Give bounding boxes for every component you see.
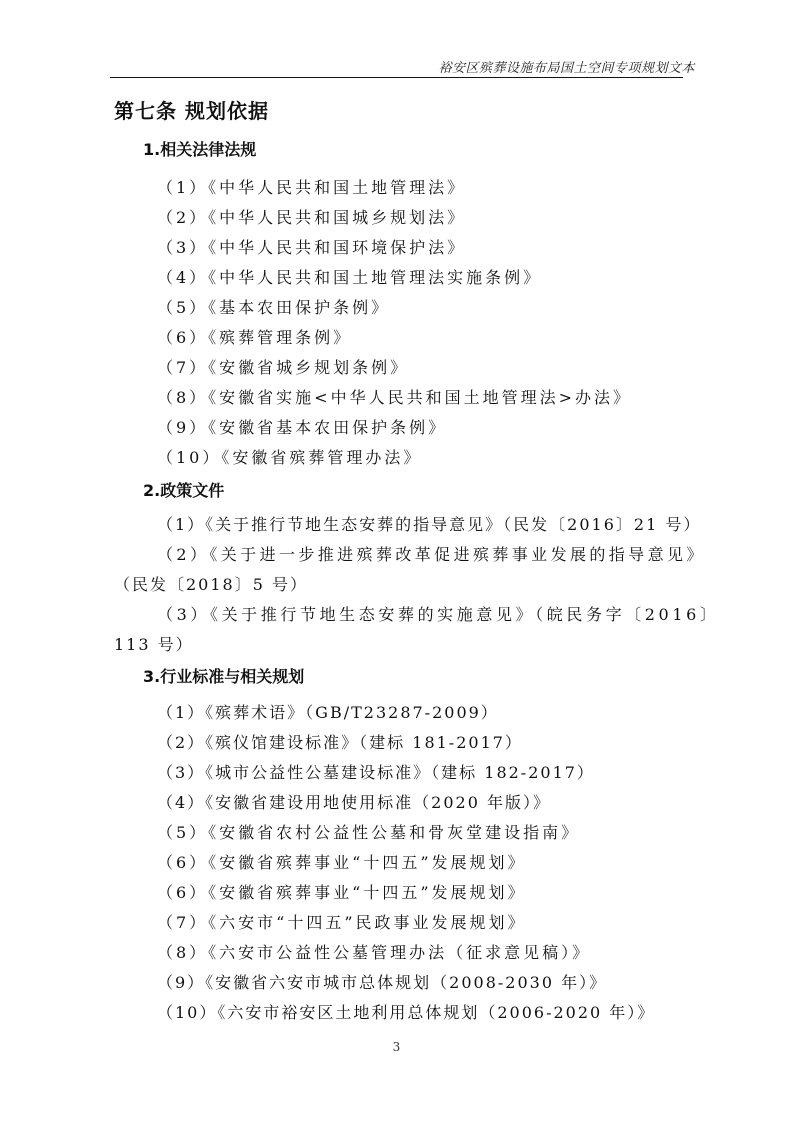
list-item: （5）《基本农田保护条例》 [157, 295, 390, 318]
list-item: （3）《中华人民共和国环境保护法》 [157, 235, 466, 258]
header-divider [110, 77, 683, 78]
list-item-continuation: （民发〔2018〕5 号） [114, 572, 308, 595]
list-item: （2）《殡仪馆建设标准》（建标 181-2017） [157, 730, 523, 753]
list-item: （5）《安徽省农村公益性公墓和骨灰堂建设指南》 [157, 820, 580, 843]
section-heading-policy: 2.政策文件 [143, 478, 224, 501]
list-item: （4）《中华人民共和国土地管理法实施条例》 [157, 265, 542, 288]
section-heading-laws: 1.相关法律法规 [143, 137, 256, 160]
list-item: （6）《殡葬管理条例》 [157, 325, 352, 348]
list-item: （9）《安徽省基本农田保护条例》 [157, 415, 447, 438]
list-item: （9）《安徽省六安市城市总体规划（2008-2030 年）》 [157, 970, 607, 993]
list-item-continuation: 113 号） [114, 632, 194, 655]
list-item: （4）《安徽省建设用地使用标准（2020 年版）》 [157, 790, 551, 813]
list-item: （1）《关于推行节地生态安葬的指导意见》（民发〔2016〕21 号） [157, 512, 701, 535]
list-item: （2）《中华人民共和国城乡规划法》 [157, 205, 466, 228]
list-item: （3）《关于推行节地生态安葬的实施意见》（皖民务字〔2016〕 [157, 602, 720, 625]
section-heading-standards: 3.行业标准与相关规划 [143, 664, 304, 687]
header-title: 裕安区殡葬设施布局国土空间专项规划文本 [438, 57, 695, 76]
list-item: （10）《六安市裕安区土地利用总体规划（2006-2020 年）》 [157, 1000, 655, 1023]
list-item: （8）《安徽省实施<中华人民共和国土地管理法>办法》 [157, 385, 632, 408]
list-item: （7）《六安市“十四五”民政事业发展规划》 [157, 910, 527, 933]
list-item: （6）《安徽省殡葬事业“十四五”发展规划》 [157, 880, 527, 903]
article-title: 第七条 规划依据 [114, 95, 269, 124]
list-item: （1）《殡葬术语》（GB/T23287-2009） [157, 700, 499, 723]
list-item: （7）《安徽省城乡规划条例》 [157, 355, 409, 378]
list-item: （10）《安徽省殡葬管理办法》 [157, 445, 422, 468]
list-item: （2）《关于进一步推进殡葬改革促进殡葬事业发展的指导意见》 [157, 542, 706, 565]
list-item: （3）《城市公益性公墓建设标准》（建标 182-2017） [157, 760, 595, 783]
list-item: （8）《六安市公益性公墓管理办法（征求意见稿）》 [157, 940, 591, 963]
page-number: 3 [0, 1040, 793, 1054]
list-item: （1）《中华人民共和国土地管理法》 [157, 175, 466, 198]
list-item: （6）《安徽省殡葬事业“十四五”发展规划》 [157, 850, 527, 873]
